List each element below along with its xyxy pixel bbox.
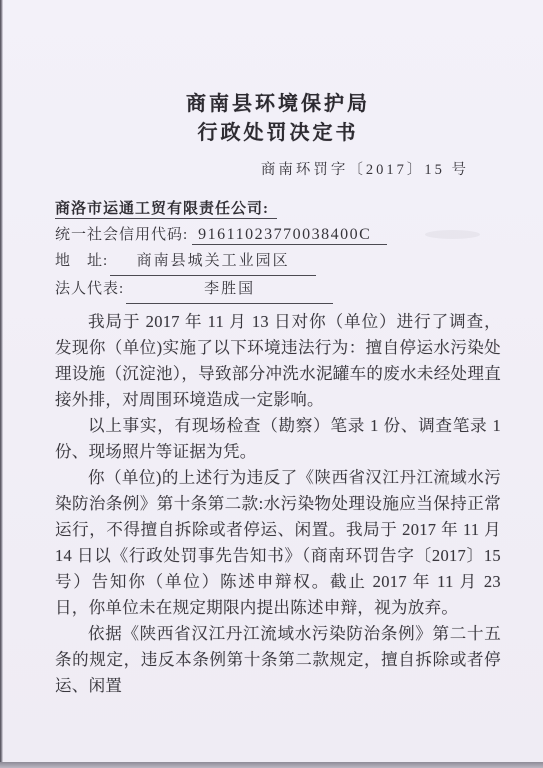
- scanned-penalty-decision-page: 商南县环境保护局 行政处罚决定书 商南环罚字〔2017〕15 号 商洛市运通工贸…: [0, 0, 543, 768]
- address-value: 商南县城关工业园区: [110, 248, 316, 276]
- legal-representative-label: 法人代表:: [55, 281, 124, 297]
- paragraph-violation-and-notice: 你（单位)的上述行为违反了《陕西省汉江丹江流域水污染防治条例》第十条第二款:水污…: [55, 465, 501, 621]
- credit-code-label: 统一社会信用代码:: [55, 227, 188, 243]
- address-label: 地 址:: [55, 253, 108, 269]
- document-type-title: 行政处罚决定书: [55, 119, 501, 148]
- document-number: 商南环罚字〔2017〕15 号: [55, 160, 501, 180]
- address-line: 地 址:商南县城关工业园区: [55, 248, 501, 276]
- recipient-company-name: 商洛市运通工贸有限责任公司:: [55, 201, 277, 219]
- scan-edge-left: [0, 0, 3, 768]
- document-content: 商南县环境保护局 行政处罚决定书 商南环罚字〔2017〕15 号 商洛市运通工贸…: [55, 90, 501, 699]
- scan-edge-bottom: [0, 762, 543, 768]
- recipient-block: 商洛市运通工贸有限责任公司: 统一社会信用代码:9161102377003840…: [55, 196, 501, 304]
- credit-code-line: 统一社会信用代码:91611023770038400C: [55, 222, 501, 248]
- legal-representative-value: 李胜国: [126, 276, 333, 304]
- issuing-authority-title: 商南县环境保护局: [55, 90, 501, 119]
- legal-representative-line: 法人代表:李胜国: [55, 276, 501, 304]
- credit-code-value: 91611023770038400C: [192, 226, 387, 245]
- recipient-company-line: 商洛市运通工贸有限责任公司:: [55, 196, 501, 222]
- paragraph-evidence: 以上事实，有现场检查（勘察）笔录 1 份、调查笔录 1 份、现场照片等证据为凭。: [55, 413, 501, 465]
- document-title-block: 商南县环境保护局 行政处罚决定书: [55, 90, 501, 148]
- paragraph-legal-basis: 依据《陕西省汉江丹江流域水污染防治条例》第二十五条的规定，违反本条例第十条第二款…: [55, 621, 501, 699]
- paragraph-investigation-findings: 我局于 2017 年 11 月 13 日对你（单位）进行了调查，发现你（单位)实…: [55, 309, 501, 413]
- document-body: 我局于 2017 年 11 月 13 日对你（单位）进行了调查，发现你（单位)实…: [55, 309, 501, 699]
